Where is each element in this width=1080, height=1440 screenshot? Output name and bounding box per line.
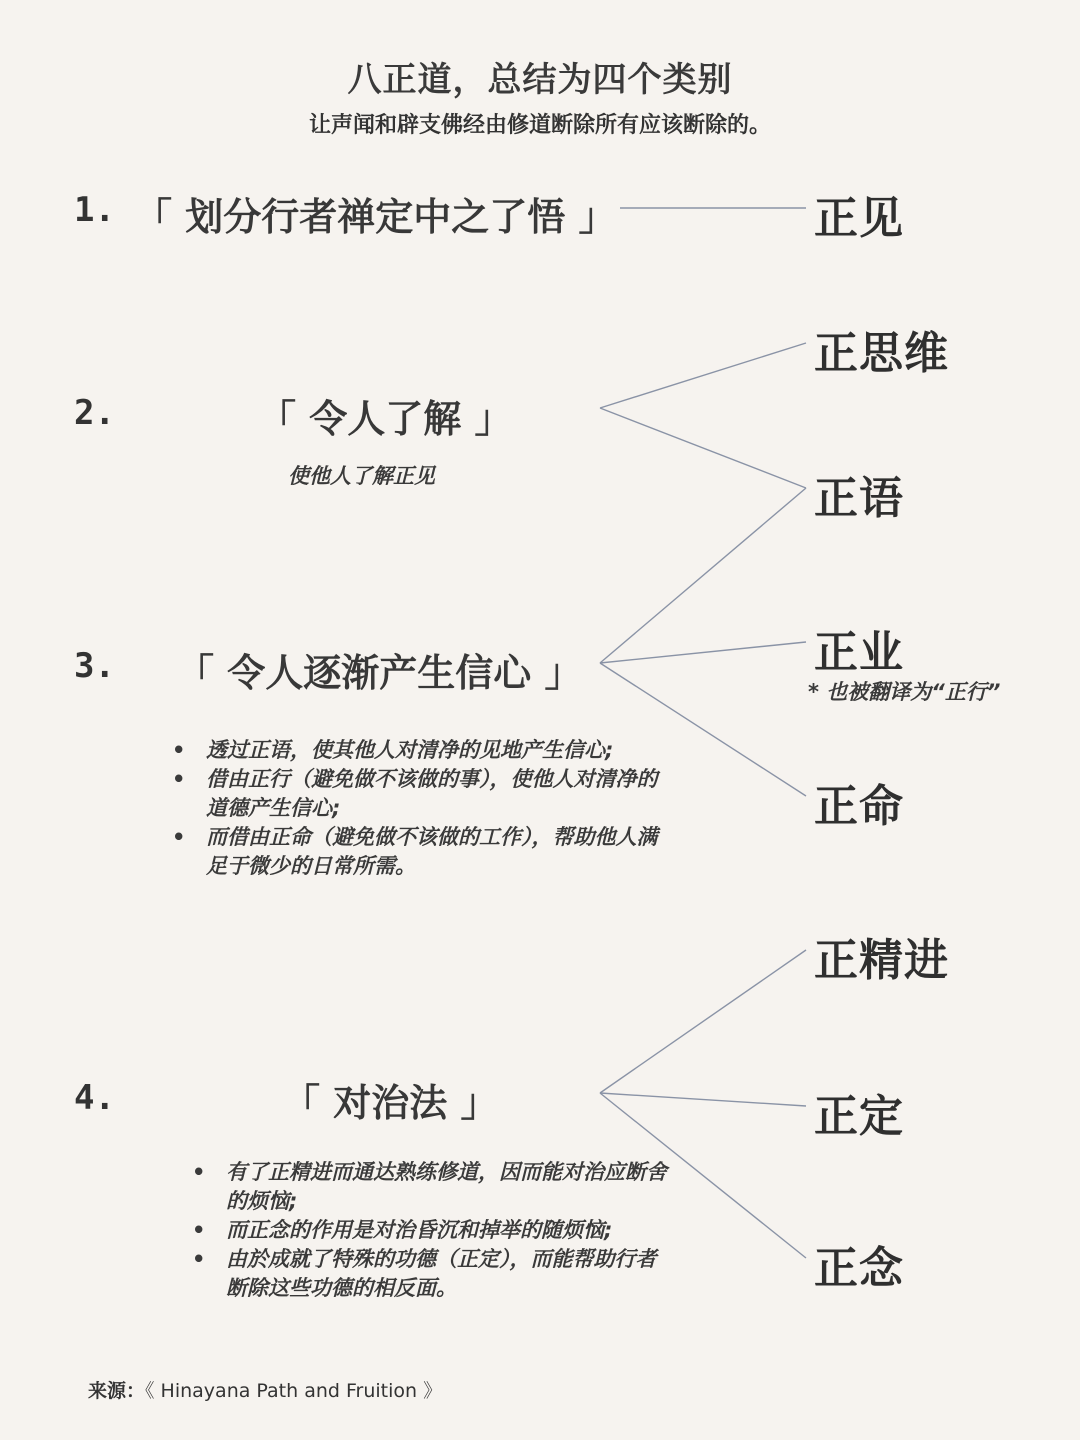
path-node-zhengjian: 正见 xyxy=(814,182,904,246)
source-label: 来源： xyxy=(88,1380,145,1402)
connector-4-zhengding xyxy=(600,1093,806,1106)
list-item: 透过正语，使其他人对清净的见地产生信心; xyxy=(172,736,672,765)
category-3-bullets: 透过正语，使其他人对清净的见地产生信心; 借由正行（避免做不该做的事），使他人对… xyxy=(172,736,672,881)
connector-3-zhengyu xyxy=(600,488,806,663)
list-item: 借由正行（避免做不该做的事），使他人对清净的道德产生信心; xyxy=(172,765,672,823)
connector-3-zhengye xyxy=(600,642,806,663)
category-1-label: 「 划分行者禅定中之了悟 」 xyxy=(134,186,616,241)
source-title: 《 Hinayana Path and Fruition 》 xyxy=(145,1380,442,1402)
category-4-number: 4. xyxy=(74,1078,115,1118)
list-item: 由於成就了特殊的功德（正定），而能帮助行者断除这些功德的相反面。 xyxy=(192,1245,672,1303)
path-node-zhengsiwei: 正思维 xyxy=(814,317,949,381)
category-3-number: 3. xyxy=(74,646,115,686)
path-node-zhengding: 正定 xyxy=(814,1080,904,1144)
connector-4-zhengjingjin xyxy=(600,950,806,1093)
list-item: 而正念的作用是对治昏沉和掉举的随烦恼; xyxy=(192,1216,672,1245)
category-4-label: 「 对治法 」 xyxy=(282,1072,498,1127)
list-item: 而借由正命（避免做不该做的工作），帮助他人满足于微少的日常所需。 xyxy=(172,823,672,881)
category-2-description: 使他人了解正见 xyxy=(288,460,435,490)
category-2-number: 2. xyxy=(74,393,115,433)
path-node-zhengye: 正业 xyxy=(814,616,904,680)
connector-2-zhengsiwei xyxy=(600,343,806,408)
path-node-zhengnian: 正念 xyxy=(814,1232,904,1296)
path-node-zhengming: 正命 xyxy=(814,770,904,834)
category-1-number: 1. xyxy=(74,190,115,230)
category-4-bullets: 有了正精进而通达熟练修道，因而能对治应断舍的烦恼; 而正念的作用是对治昏沉和掉举… xyxy=(192,1158,672,1303)
path-node-zhengye-note: * 也被翻译为“正行” xyxy=(808,676,1000,706)
category-2-label: 「 令人了解 」 xyxy=(258,388,512,443)
list-item: 有了正精进而通达熟练修道，因而能对治应断舍的烦恼; xyxy=(192,1158,672,1216)
source-citation: 来源：《 Hinayana Path and Fruition 》 xyxy=(88,1376,442,1403)
connector-2-zhengyu xyxy=(600,408,806,488)
page-subtitle: 让声闻和辟支佛经由修道断除所有应该断除的。 xyxy=(0,108,1080,139)
category-3-label: 「 令人逐渐产生信心 」 xyxy=(176,642,582,697)
path-node-zhengyu: 正语 xyxy=(814,462,904,526)
page-title: 八正道，总结为四个类别 xyxy=(0,52,1080,101)
path-node-zhengjingjin: 正精进 xyxy=(814,924,949,988)
